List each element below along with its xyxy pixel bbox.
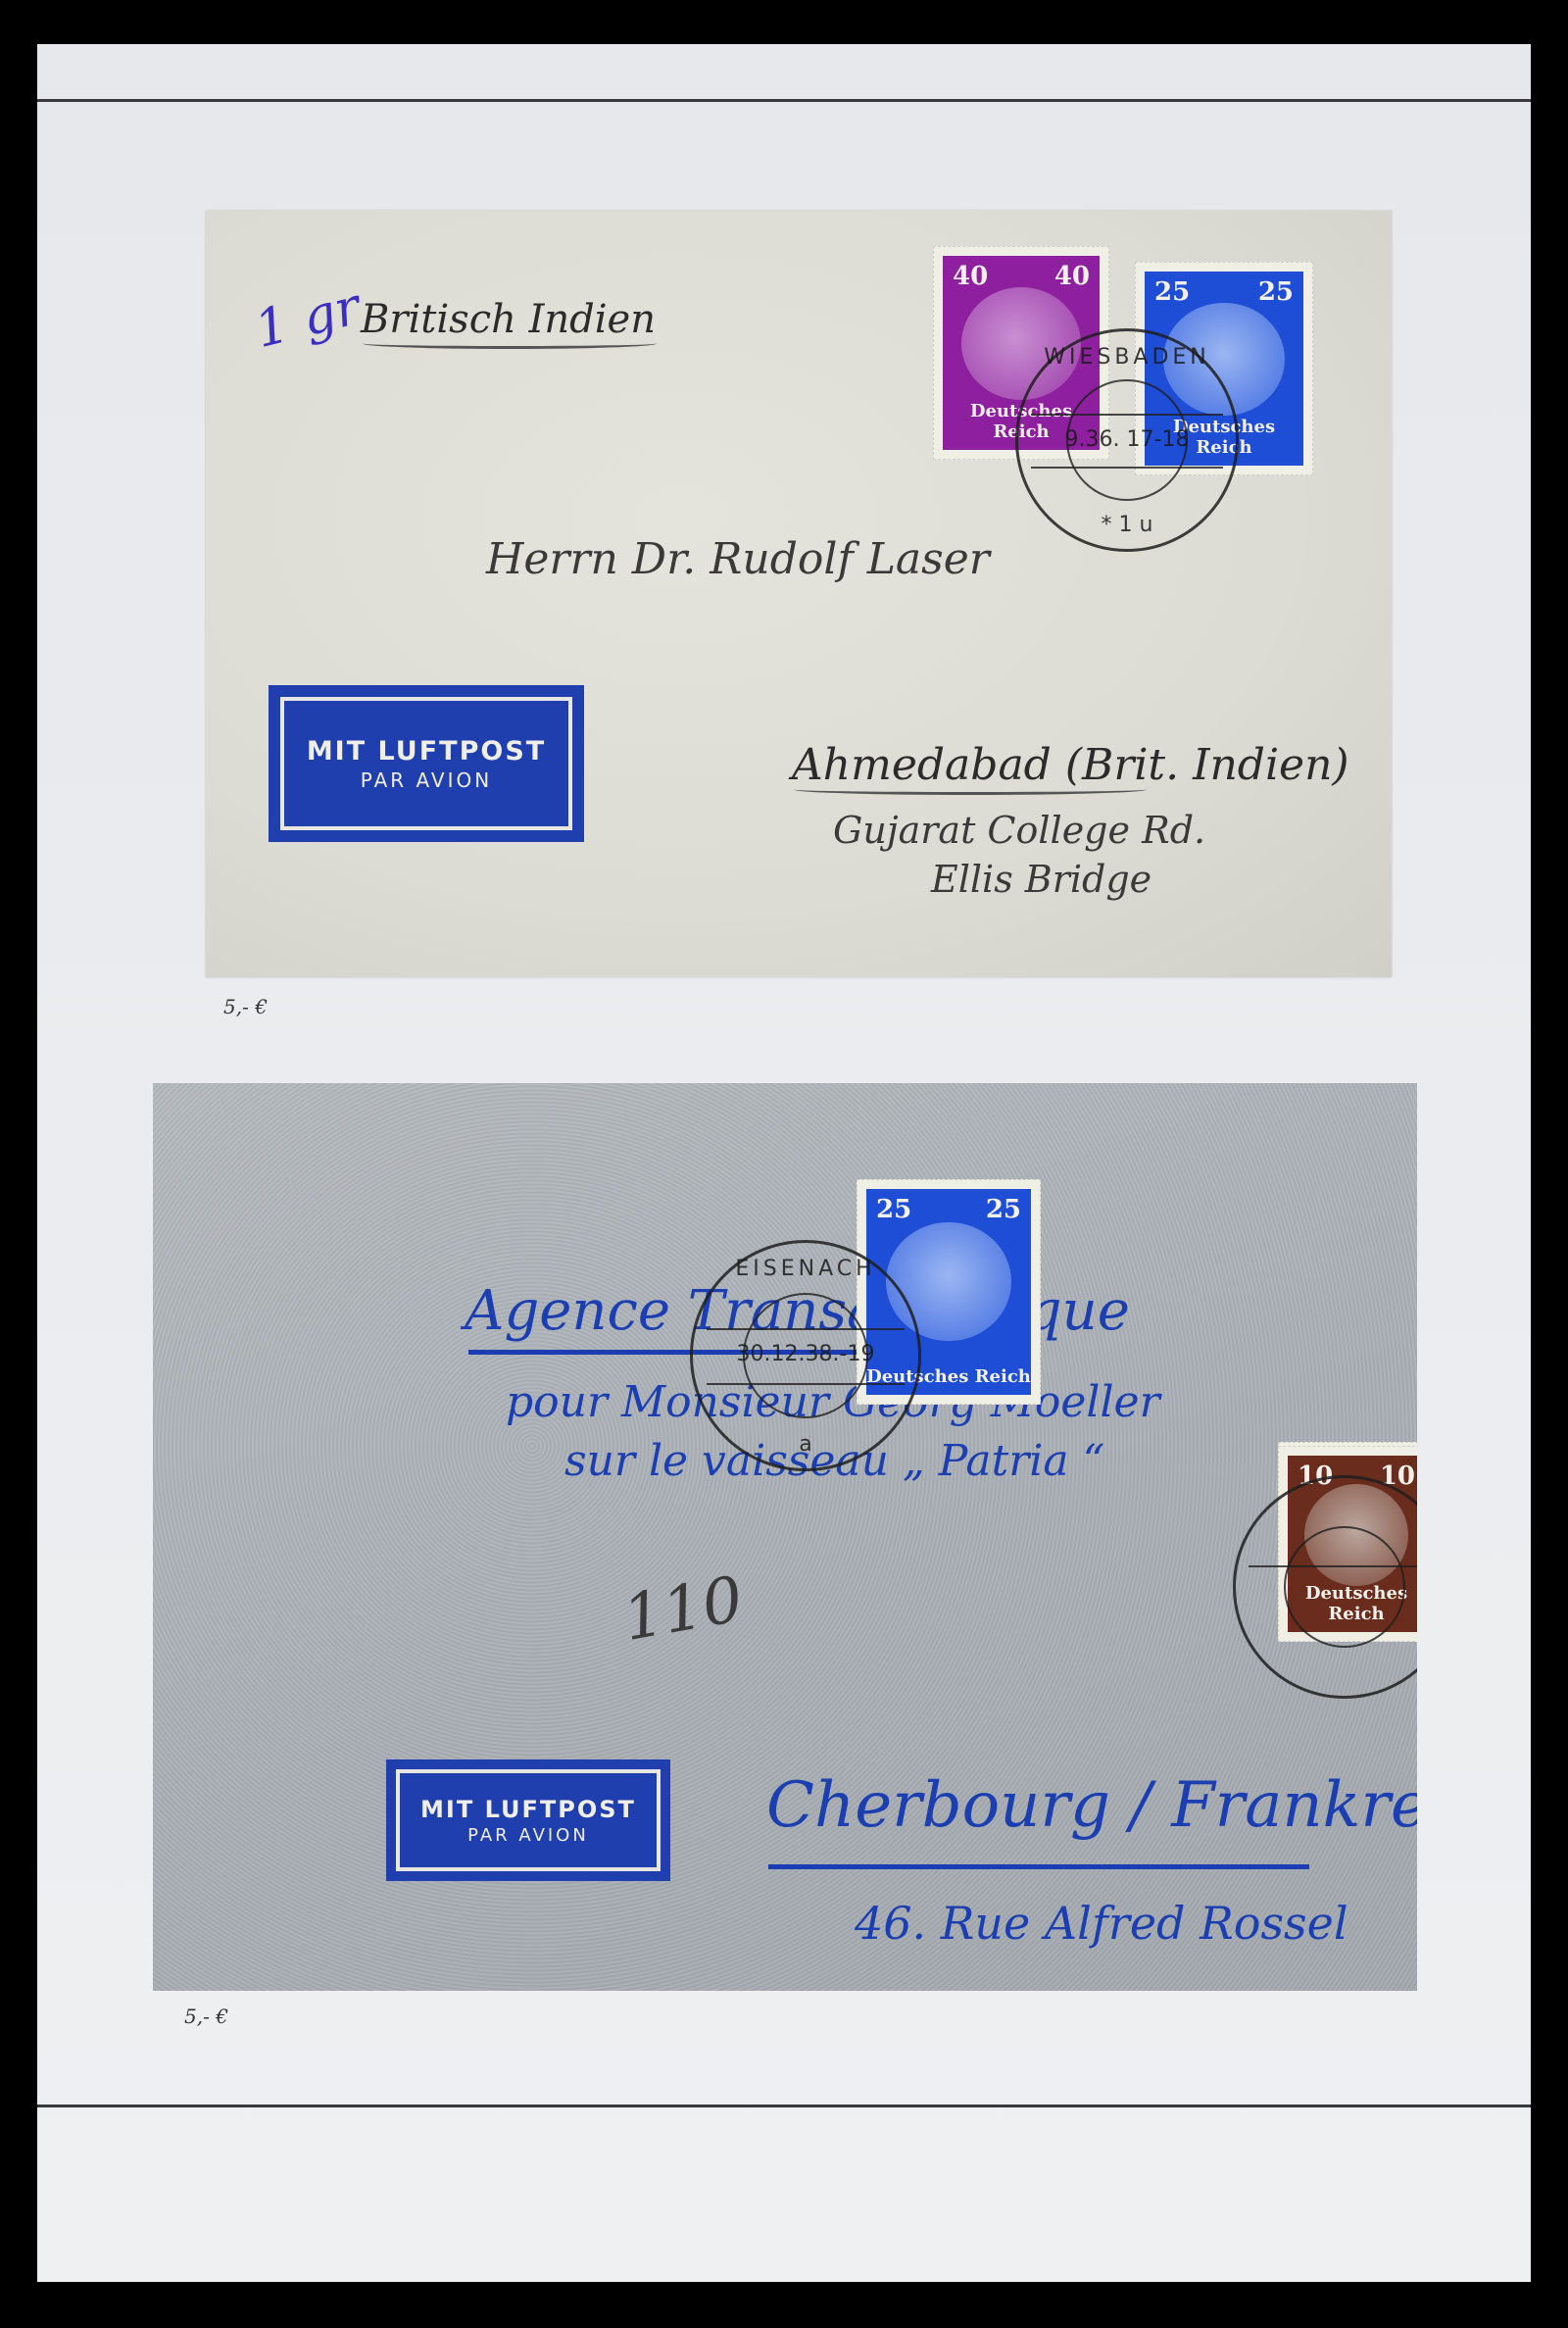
destination-underline: [363, 338, 657, 349]
stamp-value: 25: [1258, 277, 1294, 307]
postmark-eisenach-2: [1233, 1475, 1417, 1699]
destination-note: Britisch Indien: [361, 297, 656, 342]
postmark-date: 30.12.38.-19: [693, 1342, 918, 1366]
city-underline: [768, 1864, 1309, 1869]
postmark-wiesbaden: WIESBADEN 9.36. 17-18 * 1 u: [1015, 328, 1239, 552]
airmail-label-line2: PAR AVION: [361, 768, 492, 792]
stamp-value: 25: [876, 1195, 911, 1224]
airmail-label-line1: MIT LUFTPOST: [420, 1796, 636, 1823]
price-note-1: 5,- €: [223, 995, 268, 1018]
airmail-label-line1: MIT LUFTPOST: [307, 736, 546, 767]
airmail-label: MIT LUFTPOST PAR AVION: [269, 685, 584, 842]
stamp-value: 40: [1054, 262, 1090, 291]
postmark-code: a: [693, 1432, 918, 1457]
postmark-eisenach-1: EISENACH 30.12.38.-19 a: [690, 1240, 921, 1471]
bottom-rule: [37, 2105, 1531, 2107]
destination-city: Ahmedabad (Brit. Indien): [792, 740, 1349, 790]
cover-2-envelope: Agence Transatlantique pour Monsieur Geo…: [153, 1083, 1417, 1991]
album-page: 1 gr Britisch Indien 40 40 Deutsches Rei…: [37, 44, 1531, 2282]
pencil-mark: 110: [618, 1563, 749, 1656]
district: Ellis Bridge: [931, 858, 1151, 901]
cover-1-envelope: 1 gr Britisch Indien 40 40 Deutsches Rei…: [206, 211, 1392, 977]
top-rule: [37, 99, 1531, 102]
rate-mark: 1 gr: [249, 277, 366, 360]
airmail-label: MIT LUFTPOST PAR AVION: [386, 1759, 670, 1881]
city-underline: [794, 784, 1147, 795]
stamp-value: 40: [953, 262, 988, 291]
street-address: 46. Rue Alfred Rossel: [855, 1897, 1348, 1950]
postmark-town: WIESBADEN: [1018, 345, 1236, 370]
stamp-value: 25: [1154, 277, 1190, 307]
postmark-town: EISENACH: [693, 1257, 918, 1281]
postmark-code: * 1 u: [1018, 513, 1236, 537]
street-address: Gujarat College Rd.: [833, 809, 1205, 852]
airmail-label-line2: PAR AVION: [467, 1825, 589, 1846]
stamp-value: 25: [986, 1195, 1021, 1224]
price-note-2: 5,- €: [184, 2005, 228, 2028]
destination-city: Cherbourg / Frankreich: [766, 1769, 1417, 1842]
postmark-date: 9.36. 17-18: [1018, 427, 1236, 452]
recipient-name: Herrn Dr. Rudolf Laser: [486, 534, 990, 584]
